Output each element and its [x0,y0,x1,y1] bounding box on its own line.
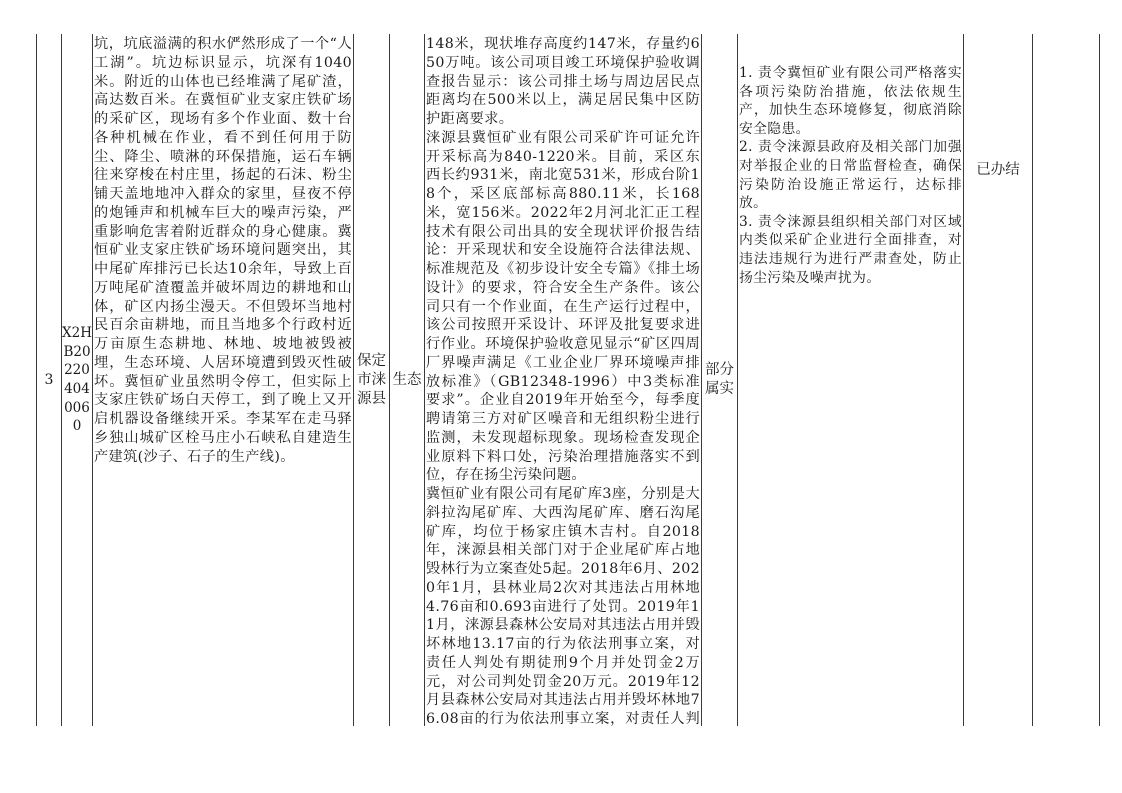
verdict: 部分 属实 [705,361,734,399]
document-page: 3 X2H B20 220 404 006 0 坑，坑底溢满的积水俨然形成了一个… [0,0,1122,793]
investigation-paragraph: 冀恒矿业有限公司有尾矿库3座，分别是大斜拉沟尾矿库、大西沟尾矿库、磨石沟尾矿库，… [426,485,700,726]
cell-investigation-result: 148米，现状堆存高度约147米，存量约650万吨。该公司项目竣工环境保护验收调… [426,34,700,726]
rectification-measures-text: 1. 责令冀恒矿业有限公司严格落实各项污染防治措施，依法依规生产，加快生态环境修… [739,64,962,287]
row-index: 3 [45,371,54,390]
cell-status: 已办结 [964,34,1032,726]
table-border [92,34,93,726]
investigation-paragraph: 148米，现状堆存高度约147米，存量约650万吨。该公司项目竣工环境保护验收调… [426,35,700,129]
investigation-result-text: 148米，现状堆存高度约147米，存量约650万吨。该公司项目竣工环境保护验收调… [426,35,700,726]
administrative-region: 保定 市涞 源县 [357,352,386,409]
cell-accountability [1033,34,1099,726]
cell-verdict: 部分 属实 [702,34,737,726]
cell-case-id: X2H B20 220 404 006 0 [62,34,92,726]
complaint-content-text: 坑，坑底溢满的积水俨然形成了一个“人工湖”。坑边标识显示，坑深有1040米。附近… [94,35,352,466]
rectification-item: 1. 责令冀恒矿业有限公司严格落实各项污染防治措施，依法依规生产，加快生态环境修… [739,64,962,138]
cell-complaint-content: 坑，坑底溢满的积水俨然形成了一个“人工湖”。坑边标识显示，坑深有1040米。附近… [94,34,352,726]
cell-index: 3 [37,34,61,726]
table-border [424,34,425,726]
cell-pollution-type: 生态 [390,34,424,726]
cell-remarks [1100,34,1120,726]
cell-rectification-measures: 1. 责令冀恒矿业有限公司严格落实各项污染防治措施，依法依规生产，加快生态环境修… [739,34,962,726]
case-id: X2H B20 220 404 006 0 [62,324,92,436]
rectification-item: 2. 责令涞源县政府及相关部门加强对举报企业的日常监督检查，确保污染防治设施正常… [739,138,962,212]
rectification-item: 3. 责令涞源县组织相关部门对区域内类似采矿企业进行全面排查，对违法违规行为进行… [739,213,962,287]
pollution-type: 生态 [393,371,422,390]
investigation-paragraph: 涞源县冀恒矿业有限公司采矿许可证允许开采标高为840-1220米。目前，采区东西… [426,129,700,485]
table-border [737,34,738,726]
cell-administrative-region: 保定 市涞 源县 [354,34,389,726]
status: 已办结 [964,161,1032,180]
